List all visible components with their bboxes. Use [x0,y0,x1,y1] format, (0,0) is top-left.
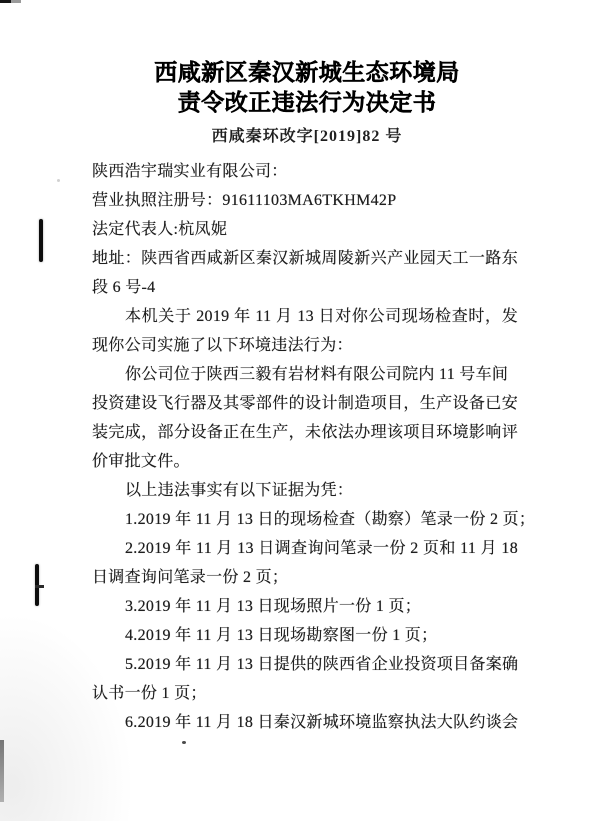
document-line-address-1: 地址：陕西省西咸新区秦汉新城周陵新兴产业园天工一路东 [92,244,518,273]
scan-artifact-top-bar-black [0,0,11,3]
document-header: 西咸新区秦汉新城生态环境局 责令改正违法行为决定书 西咸秦环改字[2019]82… [0,57,600,148]
document-title-line2: 责令改正违法行为决定书 [14,87,600,117]
document-line-license-number: 营业执照注册号：91611103MA6TKHM42P [92,186,518,215]
scan-artifact-left-mark-upper [39,219,43,262]
document-line-evidence-5-cont: 认书一份 1 页； [92,679,518,708]
document-title-line1: 西咸新区秦汉新城生态环境局 [14,57,600,87]
document-line-evidence-4: 4.2019 年 11 月 13 日现场勘察图一份 1 页； [92,621,518,650]
document-number: 西咸秦环改字[2019]82 号 [14,126,600,148]
document-line-evidence-2-cont: 日调查询问笔录一份 2 页； [92,563,518,592]
scan-artifact-speck [57,179,60,182]
scan-artifact-top-bar-gray [11,0,21,3]
document-line-evidence-5: 5.2019 年 11 月 13 日提供的陕西省企业投资项目备案确 [92,650,518,679]
document-line-evidence-1: 1.2019 年 11 月 13 日的现场检查（勘察）笔录一份 2 页； [92,505,518,534]
scanned-document-page: 西咸新区秦汉新城生态环境局 责令改正违法行为决定书 西咸秦环改字[2019]82… [0,0,600,821]
document-line-evidence-2: 2.2019 年 11 月 13 日调查询问笔录一份 2 页和 11 月 18 [92,534,518,563]
document-line-address-2: 段 6 号-4 [92,273,518,302]
document-line-body: 现你公司实施了以下环境违法行为： [92,331,518,360]
document-line-body: 投资建设飞行器及其零部件的设计制造项目，生产设备已安 [92,389,518,418]
document-line-legal-rep: 法定代表人:杭凤妮 [92,215,518,244]
document-line-evidence-intro: 以上违法事实有以下证据为凭： [92,476,518,505]
document-line-body: 你公司位于陕西三毅有岩材料有限公司院内 11 号车间 [92,360,518,389]
scan-artifact-left-mark-lower-tick [35,585,44,588]
scan-artifact-ink-dot [182,741,186,744]
document-line-evidence-6: 6.2019 年 11 月 18 日秦汉新城环境监察执法大队约谈会 [92,708,518,737]
document-line-body: 价审批文件。 [92,447,518,476]
document-line-body: 本机关于 2019 年 11 月 13 日对你公司现场检查时，发 [92,302,518,331]
document-body: 陕西浩宇瑞实业有限公司： 营业执照注册号：91611103MA6TKHM42P … [92,157,518,737]
document-line-body: 装完成，部分设备正在生产，未依法办理该项目环境影响评 [92,418,518,447]
scan-artifact-left-edge-streak [0,740,4,802]
document-line-recipient: 陕西浩宇瑞实业有限公司： [92,157,518,186]
document-line-evidence-3: 3.2019 年 11 月 13 日现场照片一份 1 页； [92,592,518,621]
